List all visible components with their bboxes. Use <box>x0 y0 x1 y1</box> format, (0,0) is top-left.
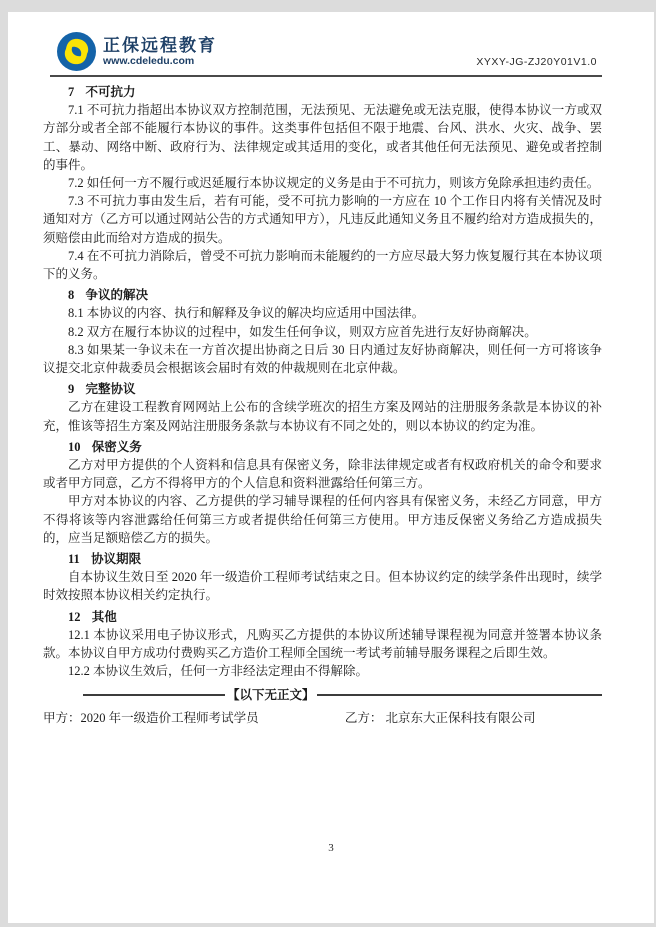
section-miscellaneous: 12其他 12.1 本协议采用电子协议形式，凡购买乙方提供的本协议所述辅导课程视… <box>43 608 602 681</box>
brand-name: 正保远程教育 <box>103 36 217 56</box>
section-title: 其他 <box>92 610 117 624</box>
clause-paragraph: 乙方在建设工程教育网网站上公布的含续学班次的招生方案及网站的注册服务条款是本协议… <box>43 398 602 434</box>
document-code: XYXY-JG-ZJ20Y01V1.0 <box>476 56 597 71</box>
section-title: 争议的解决 <box>86 288 149 302</box>
no-more-text-divider: 【以下无正文】 <box>43 686 602 704</box>
divider-dash-left <box>83 694 225 696</box>
section-heading: 7不可抗力 <box>43 83 602 101</box>
section-number: 9 <box>68 382 74 396</box>
clause-paragraph: 甲方对本协议的内容、乙方提供的学习辅导课程的任何内容具有保密义务，未经乙方同意，… <box>43 492 602 547</box>
section-heading: 11协议期限 <box>43 550 602 568</box>
section-force-majeure: 7不可抗力 7.1 不可抗力指超出本协议双方控制范围，无法预见、无法避免或无法克… <box>43 83 602 283</box>
section-entire-agreement: 9完整协议 乙方在建设工程教育网网站上公布的含续学班次的招生方案及网站的注册服务… <box>43 380 602 435</box>
section-heading: 10保密义务 <box>43 438 602 456</box>
section-title: 完整协议 <box>86 382 136 396</box>
signature-parties-row: 甲方：2020 年一级造价工程师考试学员 乙方： 北京东大正保科技有限公司 <box>43 709 602 727</box>
document-viewer: 正保远程教育 www.cdeledu.com XYXY-JG-ZJ20Y01V1… <box>0 0 656 927</box>
section-number: 8 <box>68 288 74 302</box>
clause-paragraph: 8.2 双方在履行本协议的过程中，如发生任何争议，则双方应首先进行友好协商解决。 <box>43 323 602 341</box>
clause-paragraph: 7.1 不可抗力指超出本协议双方控制范围，无法预见、无法避免或无法克服，使得本协… <box>43 101 602 174</box>
section-title: 保密义务 <box>92 440 142 454</box>
clause-paragraph: 8.3 如果某一争议未在一方首次提出协商之日后 30 日内通过友好协商解决，则任… <box>43 341 602 377</box>
cdeledu-swirl-logo-icon <box>57 32 96 71</box>
clause-paragraph: 乙方对甲方提供的个人资料和信息具有保密义务，除非法律规定或者有权政府机关的命令和… <box>43 456 602 492</box>
section-title: 不可抗力 <box>86 85 136 99</box>
party-b-label: 乙方： 北京东大正保科技有限公司 <box>345 709 602 727</box>
section-number: 11 <box>68 552 80 566</box>
brand-text: 正保远程教育 www.cdeledu.com <box>103 36 217 68</box>
clause-paragraph: 12.1 本协议采用电子协议形式，凡购买乙方提供的本协议所述辅导课程视为同意并签… <box>43 626 602 662</box>
section-dispute-resolution: 8争议的解决 8.1 本协议的内容、执行和解释及争议的解决均应适用中国法律。 8… <box>43 286 602 377</box>
page-number: 3 <box>8 842 654 854</box>
party-a-label: 甲方：2020 年一级造价工程师考试学员 <box>43 709 345 727</box>
section-number: 10 <box>68 440 81 454</box>
clause-paragraph: 12.2 本协议生效后，任何一方非经法定理由不得解除。 <box>43 662 602 680</box>
clause-paragraph: 自本协议生效日至 2020 年一级造价工程师考试结束之日。但本协议约定的续学条件… <box>43 568 602 604</box>
clause-paragraph: 8.1 本协议的内容、执行和解释及争议的解决均应适用中国法律。 <box>43 304 602 322</box>
brand-block: 正保远程教育 www.cdeledu.com <box>57 32 217 71</box>
clause-paragraph: 7.2 如任何一方不履行或迟延履行本协议规定的义务是由于不可抗力，则该方免除承担… <box>43 174 602 192</box>
section-heading: 12其他 <box>43 608 602 626</box>
section-number: 7 <box>68 85 74 99</box>
section-title: 协议期限 <box>91 552 141 566</box>
section-heading: 8争议的解决 <box>43 286 602 304</box>
section-heading: 9完整协议 <box>43 380 602 398</box>
clause-paragraph: 7.4 在不可抗力消除后，曾受不可抗力影响而未能履约的一方应尽最大努力恢复履行其… <box>43 247 602 283</box>
divider-dash-right <box>317 694 602 696</box>
contract-body: 7不可抗力 7.1 不可抗力指超出本协议双方控制范围，无法预见、无法避免或无法克… <box>8 77 654 727</box>
divider-label: 【以下无正文】 <box>225 686 317 704</box>
section-number: 12 <box>68 610 81 624</box>
section-term: 11协议期限 自本协议生效日至 2020 年一级造价工程师考试结束之日。但本协议… <box>43 550 602 605</box>
page-header: 正保远程教育 www.cdeledu.com XYXY-JG-ZJ20Y01V1… <box>8 12 654 71</box>
brand-url: www.cdeledu.com <box>103 55 217 67</box>
clause-paragraph: 7.3 不可抗力事由发生后，若有可能，受不可抗力影响的一方应在 10 个工作日内… <box>43 192 602 247</box>
contract-page: 正保远程教育 www.cdeledu.com XYXY-JG-ZJ20Y01V1… <box>8 12 654 923</box>
section-confidentiality: 10保密义务 乙方对甲方提供的个人资料和信息具有保密义务，除非法律规定或者有权政… <box>43 438 602 547</box>
